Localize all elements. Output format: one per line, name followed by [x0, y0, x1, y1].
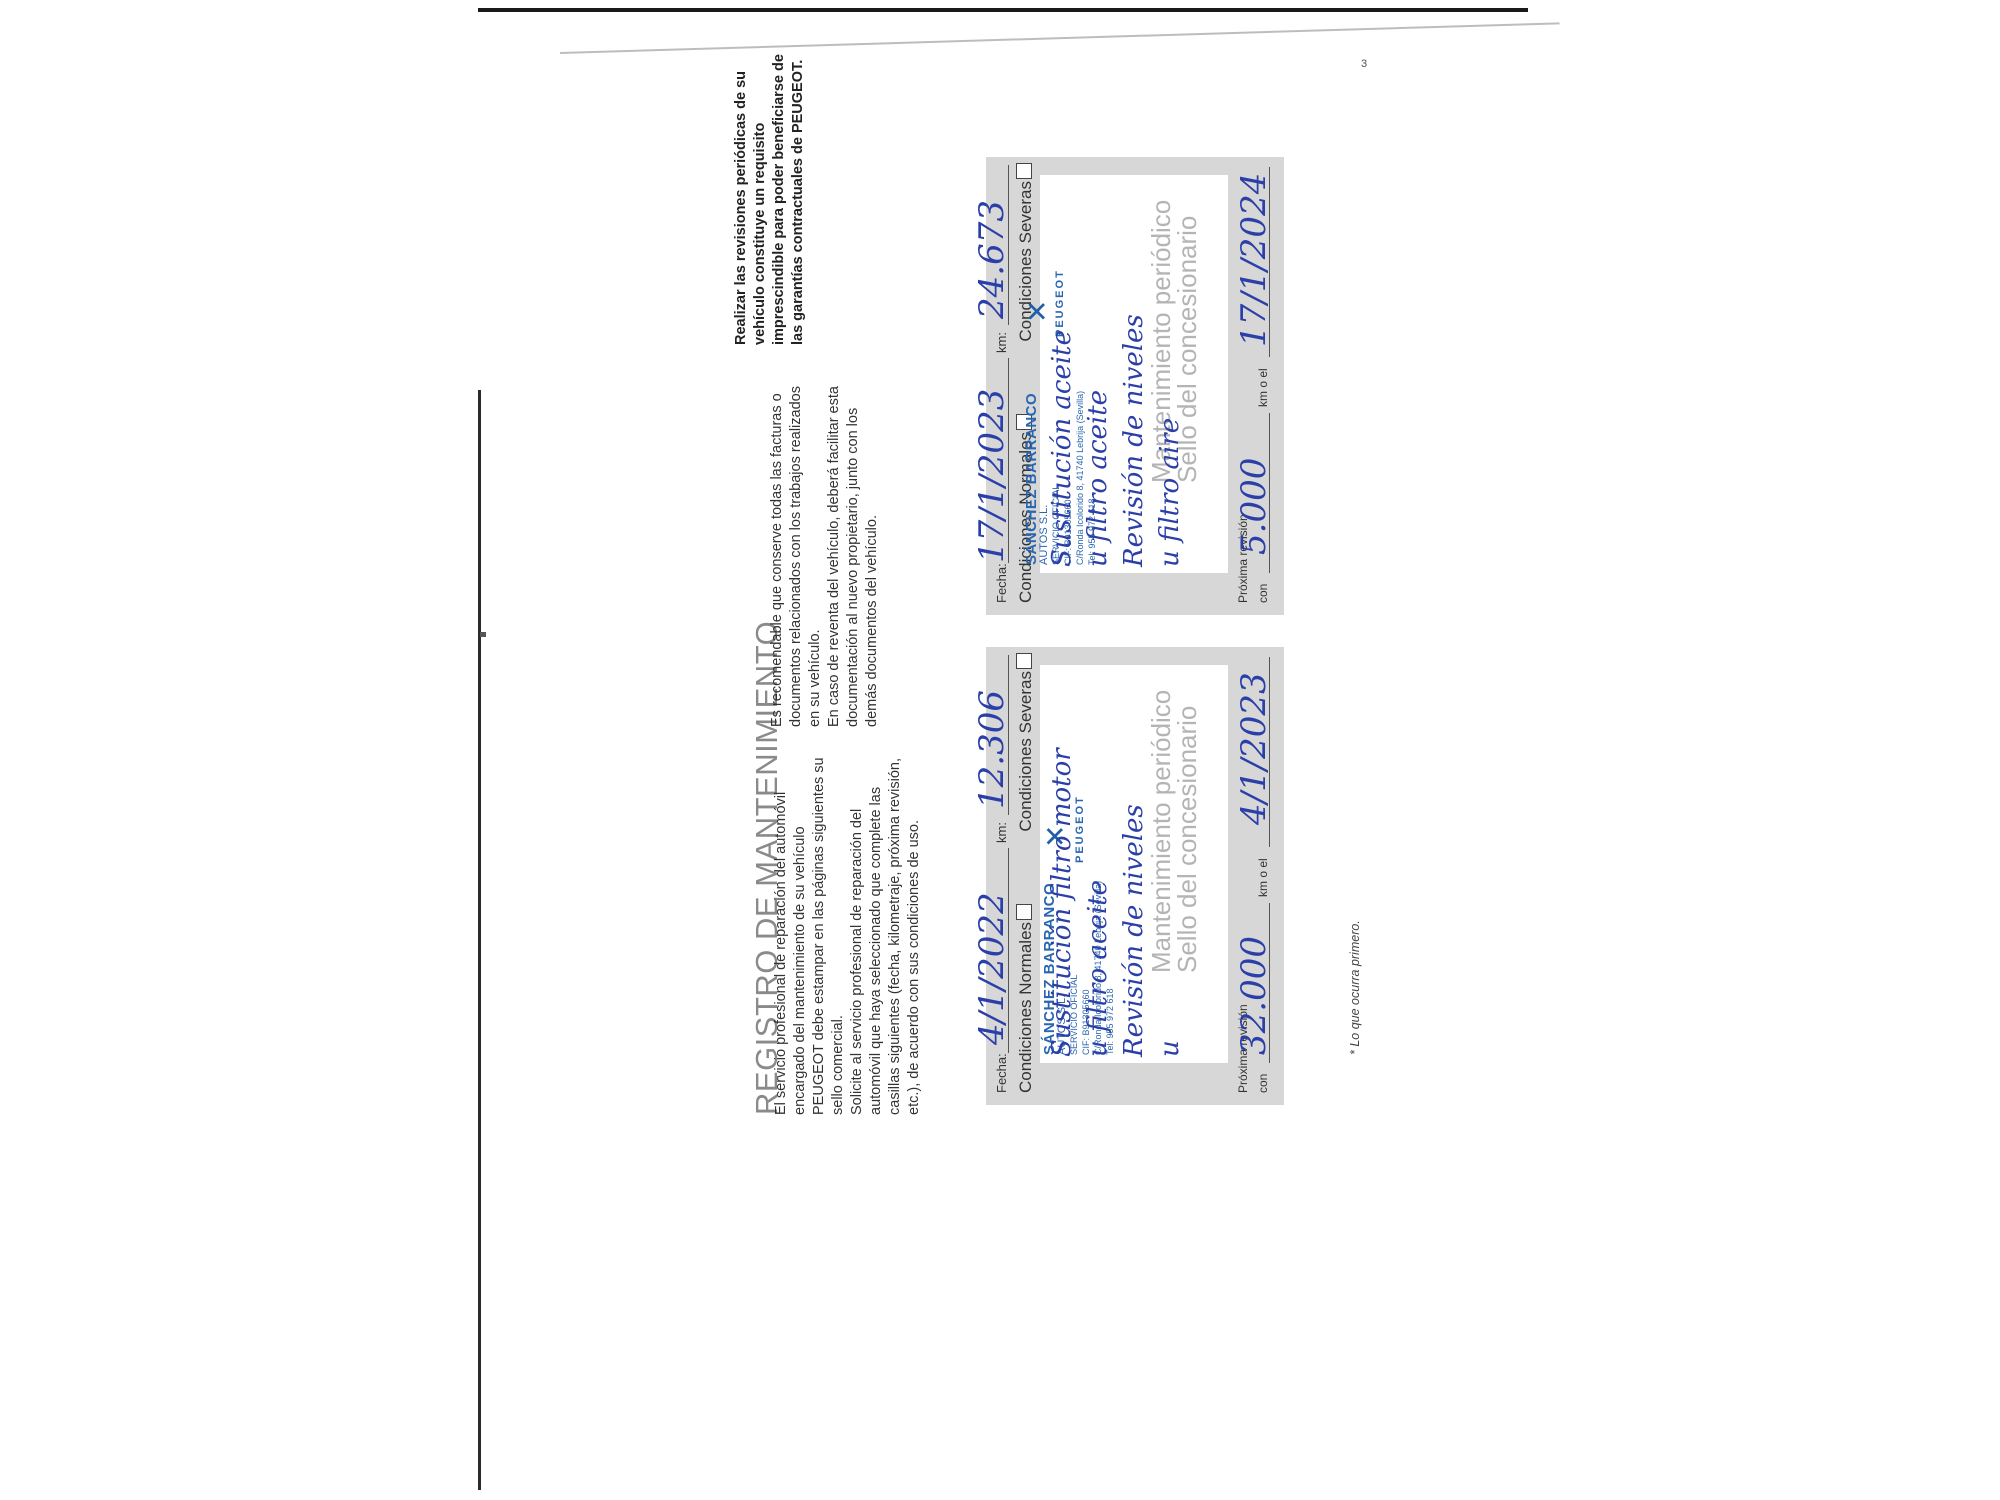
scan-border-top: [478, 8, 1528, 12]
next-date-value[interactable]: 4/1/2023: [1234, 672, 1274, 825]
intro-column-right: Realizar las revisiones periódicas de su…: [732, 45, 808, 345]
footnote: * Lo que ocurra primero.: [1348, 920, 1362, 1055]
severe-conditions-checkbox[interactable]: [1016, 163, 1032, 179]
stamp-area: Mantenimiento periódico Sello del conces…: [1040, 665, 1228, 1063]
warranty-notice: Realizar las revisiones periódicas de su…: [732, 45, 808, 345]
normal-conditions-checkbox[interactable]: [1016, 904, 1032, 920]
severe-conditions-checkbox[interactable]: [1016, 653, 1032, 669]
scan-mark: [480, 632, 486, 637]
normal-conditions-option[interactable]: Condiciones Normales: [1016, 904, 1036, 1093]
intro-paragraph: En caso de reventa del vehículo, deberá …: [825, 377, 882, 727]
km-label: km:: [994, 332, 1009, 353]
date-label: Fecha:: [994, 563, 1009, 603]
note-line: Revisión de niveles: [1116, 677, 1152, 1057]
km-label: km:: [994, 822, 1009, 843]
con-label: con: [1256, 584, 1270, 603]
note-line: Sustitución filtro motor: [1044, 677, 1080, 1057]
note-line: u filtro aire: [1152, 187, 1188, 567]
intro-paragraph: El servicio profesional de reparación de…: [772, 755, 848, 1115]
intro-column-middle: Es recomendable que conserve todas las f…: [768, 377, 882, 727]
next-km-value[interactable]: 5.000: [1234, 458, 1274, 555]
next-date-value[interactable]: 17/1/2024: [1234, 173, 1274, 347]
maintenance-card-1: Fecha: 4/1/2022 km: 12.306 Condiciones N…: [986, 647, 1284, 1105]
intro-column-left: El servicio profesional de reparación de…: [772, 755, 924, 1115]
date-value[interactable]: 17/1/2023: [972, 389, 1012, 563]
date-label: Fecha:: [994, 1053, 1009, 1093]
intro-paragraph: Es recomendable que conserve todas las f…: [768, 377, 825, 727]
normal-conditions-label: Condiciones Normales: [1016, 922, 1035, 1093]
note-line: Revisión de niveles: [1116, 187, 1152, 567]
dealer-name: SÁNCHEZ BARRANCO: [1026, 391, 1038, 565]
next-km-value[interactable]: 32.000: [1234, 936, 1274, 1055]
handwritten-notes: Sustitución aceite u filtro aceite Revis…: [1044, 187, 1188, 567]
note-line: Sustitución aceite: [1044, 187, 1080, 567]
km-value[interactable]: 24.673: [972, 200, 1012, 319]
note-line: u filtro aceite: [1080, 187, 1116, 567]
page-number: 3: [1361, 58, 1367, 70]
date-value[interactable]: 4/1/2022: [972, 892, 1012, 1045]
handwritten-notes: Sustitución filtro motor u filtro aceite…: [1044, 677, 1188, 1057]
intro-paragraph: Solicite al servicio profesional de repa…: [848, 755, 924, 1115]
note-line: u filtro aceite: [1080, 677, 1116, 1057]
con-label: con: [1256, 1074, 1270, 1093]
stamp-area: Mantenimiento periódico Sello del conces…: [1040, 175, 1228, 573]
scan-border-left: [478, 390, 481, 1490]
severe-conditions-label: Condiciones Severas: [1016, 671, 1035, 832]
km-value[interactable]: 12.306: [972, 690, 1012, 809]
maintenance-record-page: REGISTRO DE MANTENIMIENTO El servicio pr…: [728, 45, 1408, 1125]
maintenance-card-2: Fecha: 17/1/2023 km: 24.673 Condiciones …: [986, 157, 1284, 615]
km-or-date-label: km o el: [1256, 858, 1270, 897]
note-line: u: [1152, 677, 1188, 1057]
km-or-date-label: km o el: [1256, 368, 1270, 407]
severe-conditions-option[interactable]: Condiciones Severas: [1016, 653, 1036, 832]
